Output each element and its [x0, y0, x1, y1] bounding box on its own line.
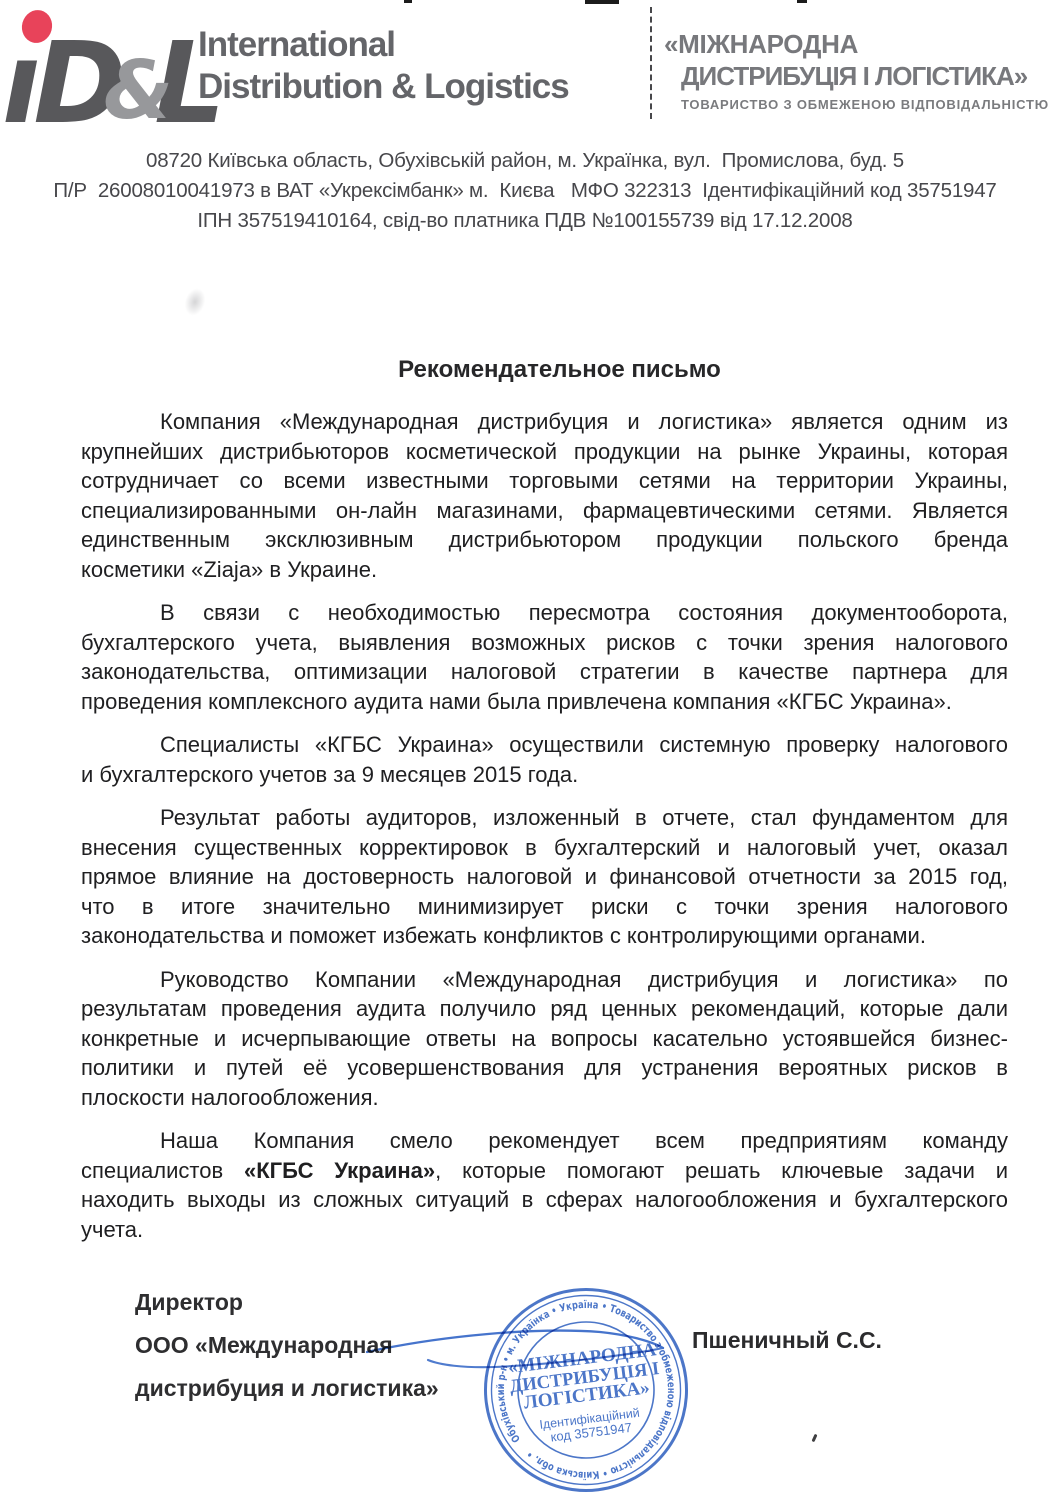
company-name-en-line1: International: [198, 24, 569, 66]
text-line: прямое влияние на достоверность налогово…: [81, 862, 1008, 892]
text-line: сотрудничает со всеми известными торговы…: [81, 466, 1008, 496]
text-line: законодательства и поможет избежать конф…: [81, 921, 1008, 951]
text-line: что в итоге значительно минимизирует рис…: [81, 892, 1008, 922]
scan-artifact: [404, 0, 412, 3]
paragraph-6: Наша Компания смело рекомендует всем пре…: [81, 1126, 1008, 1244]
letter-document-page: ıD&L International Distribution & Logist…: [0, 0, 1050, 1500]
scan-artifact: [797, 0, 807, 3]
paragraph-4: Результат работы аудиторов, изложенный в…: [81, 803, 1008, 951]
company-name-ua-line1: «МІЖНАРОДНА: [664, 28, 1050, 60]
text-segment: специалистов: [81, 1158, 244, 1183]
text-line: результатам проведения аудита получило р…: [81, 994, 1008, 1024]
text-line: крупнейших дистрибьюторов косметической …: [81, 437, 1008, 467]
text-line: законодательства, оптимизации налоговой …: [81, 657, 1008, 687]
text-line: конкретные и исчерпывающие ответы на воп…: [81, 1024, 1008, 1054]
logo-id: ıD: [2, 19, 119, 149]
letterhead-address-block: 08720 Київська область, Обухівській райо…: [0, 146, 1050, 236]
handwritten-signature: [345, 1312, 675, 1374]
text-line: косметики «Ziaja» в Украине.: [81, 555, 1008, 585]
company-name-ukrainian: «МІЖНАРОДНА ДИСТРИБУЦІЯ І ЛОГІСТИКА» ТОВ…: [664, 28, 1050, 112]
text-line: специализированными он-лайн магазинами, …: [81, 496, 1008, 526]
text-line: специалистов «КГБС Украина», которые пом…: [81, 1156, 1008, 1186]
logo-ampersand: &: [103, 44, 166, 137]
paragraph-1: Компания «Международная дистрибуция и ло…: [81, 407, 1008, 584]
logo-letters: ıD&L: [2, 28, 219, 140]
text-line: Результат работы аудиторов, изложенный в…: [81, 803, 1008, 833]
text-line: Наша Компания смело рекомендует всем пре…: [81, 1126, 1008, 1156]
text-line: политики и путей её усовершенствования д…: [81, 1053, 1008, 1083]
text-line: проведения комплексного аудита нами была…: [81, 687, 1008, 717]
text-line: В связи с необходимостью пересмотра сост…: [81, 598, 1008, 628]
company-legal-form: ТОВАРИСТВО З ОБМЕЖЕНОЮ ВІДПОВІДАЛЬНІСТЮ: [664, 97, 1050, 112]
address-line: 08720 Київська область, Обухівській райо…: [0, 146, 1050, 176]
text-line: Компания «Международная дистрибуция и ло…: [81, 407, 1008, 437]
text-line: внесения существенных корректировок в бу…: [81, 833, 1008, 863]
letter-title: Рекомендательное письмо: [81, 356, 1008, 384]
paragraph-5: Руководство Компании «Международная дист…: [81, 965, 1008, 1113]
scan-artifact: [181, 286, 209, 319]
text-segment: , которые помогают решать ключевые задач…: [435, 1158, 1008, 1183]
header-divider: [650, 7, 652, 119]
tax-details-line: ІПН 357519410164, свід-во платника ПДВ №…: [0, 206, 1050, 236]
company-name-en-line2: Distribution & Logistics: [198, 66, 569, 108]
paragraph-3: Специалисты «КГБС Украина» осуществили с…: [81, 730, 1008, 789]
highlighted-company-name: «КГБС Украина»: [244, 1158, 435, 1183]
text-line: бухгалтерского учета, выявления возможны…: [81, 628, 1008, 658]
paragraph-2: В связи с необходимостью пересмотра сост…: [81, 598, 1008, 716]
scan-artifact: [812, 1434, 818, 1443]
text-line: находить выходы из сложных ситуаций в сф…: [81, 1185, 1008, 1215]
letter-body: Компания «Международная дистрибуция и ло…: [81, 407, 1008, 1258]
company-name-ua-line2: ДИСТРИБУЦІЯ І ЛОГІСТИКА»: [664, 60, 1050, 92]
company-logo: ıD&L: [6, 4, 191, 126]
scan-artifact: [585, 0, 619, 4]
text-line: единственным эксклюзивным дистрибьютором…: [81, 525, 1008, 555]
company-stamp-seal: Обухівський р-н • м. Українка • Україна …: [471, 1275, 701, 1500]
bank-details-line: П/Р 26008010041973 в ВАТ «Укрексімбанк» …: [0, 176, 1050, 206]
text-line: плоскости налогообложения.: [81, 1083, 1008, 1113]
text-line: Руководство Компании «Международная дист…: [81, 965, 1008, 995]
text-line: и бухгалтерского учетов за 9 месяцев 201…: [81, 760, 1008, 790]
text-line: Специалисты «КГБС Украина» осуществили с…: [81, 730, 1008, 760]
signer-name: Пшеничный С.С.: [692, 1327, 882, 1354]
text-line: учета.: [81, 1215, 1008, 1245]
company-name-english: International Distribution & Logistics: [198, 24, 569, 108]
